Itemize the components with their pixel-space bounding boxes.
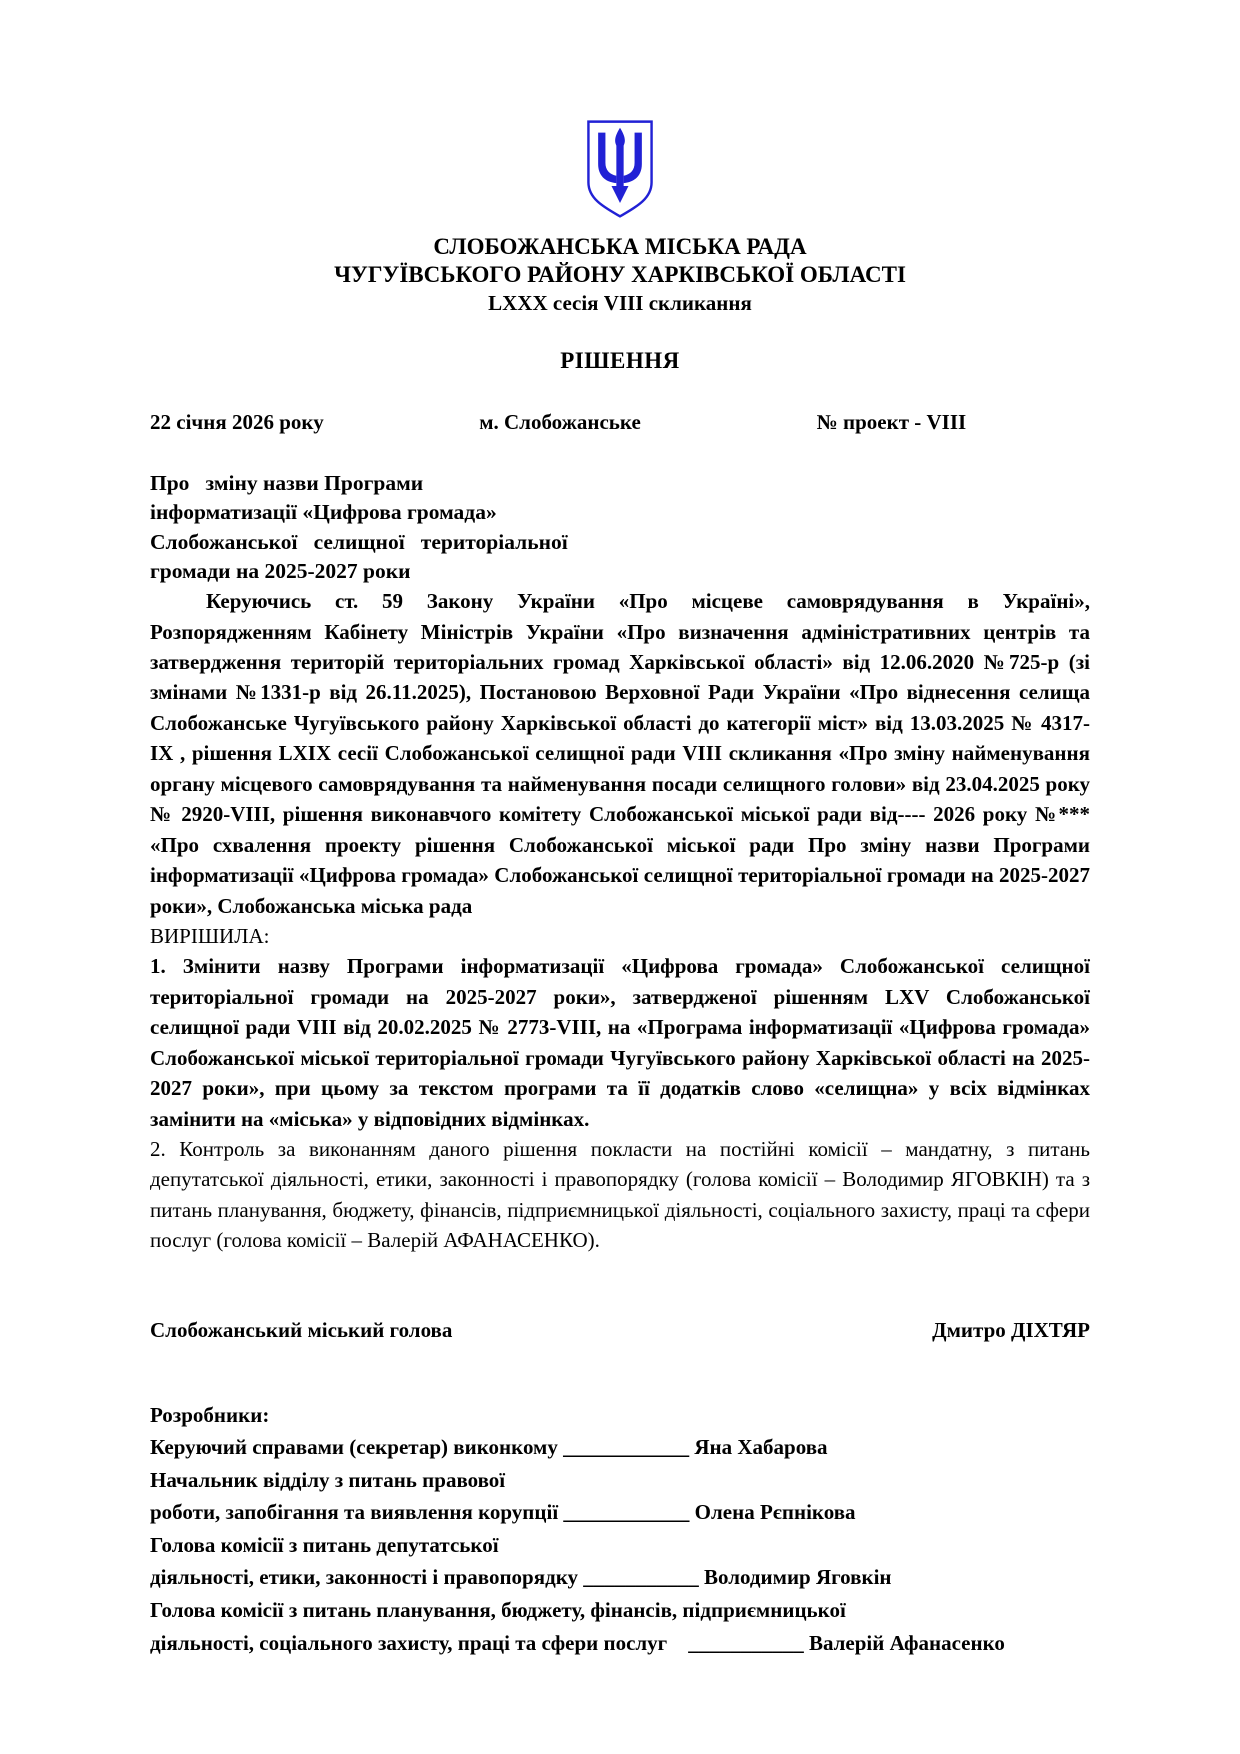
developer-line: Голова комісії з питань депутатської [150, 1529, 1090, 1562]
emblem-container [150, 118, 1090, 225]
developer-line: Начальник відділу з питань правової [150, 1464, 1090, 1497]
org-name-line-1: СЛОБОЖАНСЬКА МІСЬКА РАДА [150, 233, 1090, 261]
developer-line: Керуючий справами (секретар) виконкому _… [150, 1431, 1090, 1464]
document-number: № проект - VIII [697, 410, 1090, 435]
developer-line: роботи, запобігання та виявлення корупці… [150, 1496, 1090, 1529]
preamble-paragraph: Керуючись ст. 59 Закону України «Про міс… [150, 586, 1090, 921]
meta-row: 22 січня 2026 року м. Слобожанське № про… [150, 410, 1090, 435]
session-line: LXXX сесія VIII скликання [150, 291, 1090, 316]
decision-body: Керуючись ст. 59 Закону України «Про міс… [150, 586, 1090, 1256]
resolved-label: ВИРІШИЛА: [150, 921, 1090, 951]
developers-block: Розробники: Керуючий справами (секретар)… [150, 1399, 1090, 1659]
developers-heading: Розробники: [150, 1399, 1090, 1432]
title-line: Про зміну назви Програми [150, 469, 1090, 498]
title-line: Слобожанської селищної територіальної [150, 528, 1090, 557]
developer-line: діяльності, етики, законності і правопор… [150, 1561, 1090, 1594]
developer-line: Голова комісії з питань планування, бюдж… [150, 1594, 1090, 1627]
decision-item-1: 1. Змінити назву Програми інформатизації… [150, 951, 1090, 1134]
signature-name: Дмитро ДІХТЯР [932, 1318, 1090, 1343]
developer-line: діяльності, соціального захисту, праці т… [150, 1627, 1090, 1660]
decision-document-page: СЛОБОЖАНСЬКА МІСЬКА РАДА ЧУГУЇВСЬКОГО РА… [0, 0, 1240, 1754]
title-line: інформатизації «Цифрова громада» [150, 498, 1090, 527]
document-place: м. Слобожанське [423, 410, 696, 435]
decision-item-2: 2. Контроль за виконанням даного рішення… [150, 1134, 1090, 1256]
signature-position: Слобожанський міський голова [150, 1318, 452, 1343]
tryzub-icon [579, 118, 661, 220]
decision-title: Про зміну назви Програми інформатизації … [150, 469, 1090, 586]
title-line: громади на 2025-2027 роки [150, 557, 1090, 586]
document-date: 22 січня 2026 року [150, 410, 423, 435]
org-name-line-2: ЧУГУЇВСЬКОГО РАЙОНУ ХАРКІВСЬКОЇ ОБЛАСТІ [150, 261, 1090, 289]
signature-row: Слобожанський міський голова Дмитро ДІХТ… [150, 1318, 1090, 1343]
document-type-heading: РІШЕННЯ [150, 348, 1090, 374]
